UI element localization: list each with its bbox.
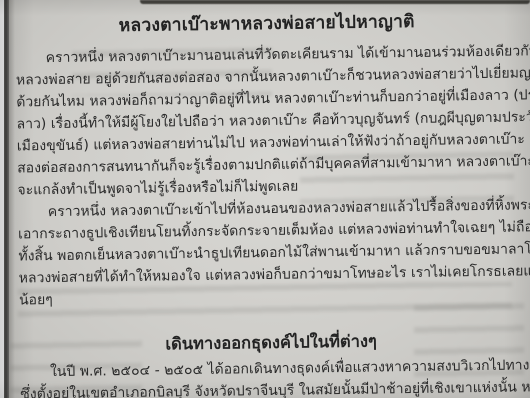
binding-shadow <box>9 0 15 398</box>
paragraph-2: คราวหนึ่ง หลวงตาเบ๊าะเข้าไปที่ห้องนอนของ… <box>18 194 522 311</box>
scan-top-artifact <box>140 0 530 4</box>
paragraph-3: ในปี พ.ศ. ๒๕๐๔ - ๒๕๐๕ ได้ออกเดินทางธุดงค… <box>20 354 524 398</box>
page-title: หลวงตาเบ๊าะพาหลวงพ่อสายไปหาญาติ <box>15 6 518 41</box>
scanned-book-page: หลวงตาเบ๊าะพาหลวงพ่อสายไปหาญาติ คราวหนึ่… <box>0 0 530 398</box>
document-content: หลวงตาเบ๊าะพาหลวงพ่อสายไปหาญาติ คราวหนึ่… <box>15 6 523 398</box>
paragraph-1: คราวหนึ่ง หลวงตาเบ๊าะมานอนเล่นที่วัดตะเค… <box>15 40 520 201</box>
